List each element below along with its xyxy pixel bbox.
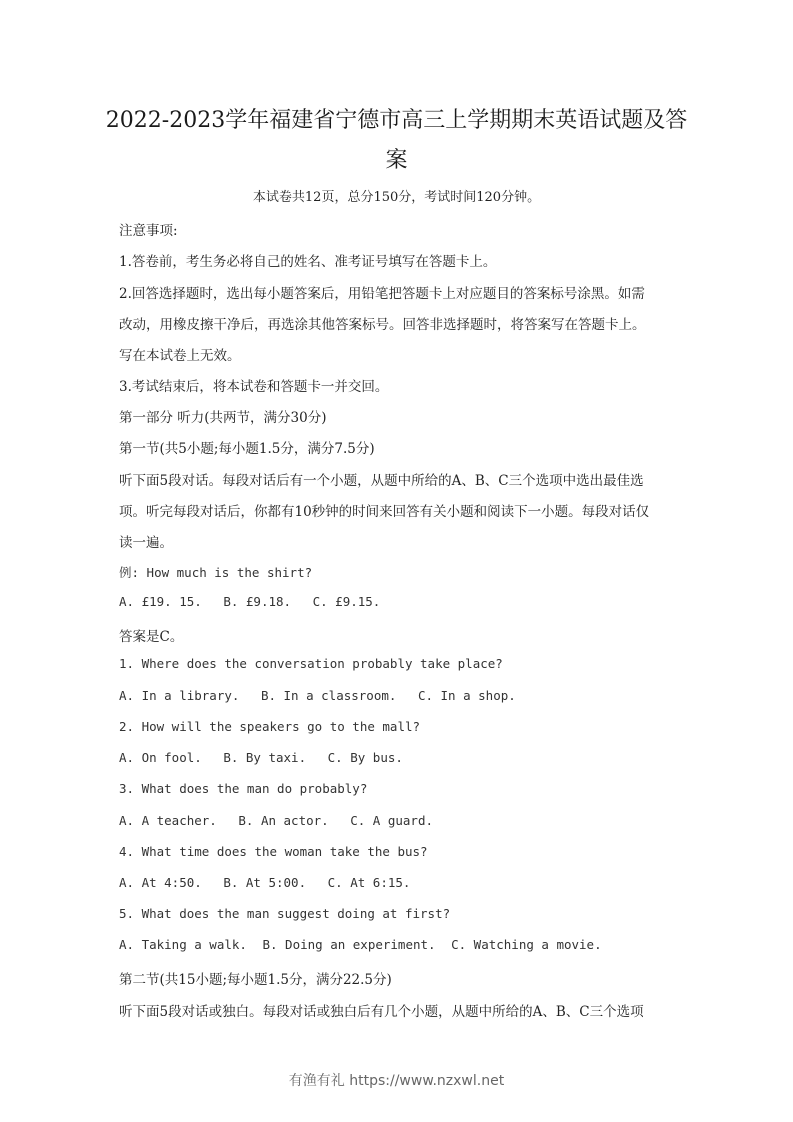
notice-item: 写在本试卷上无效。 — [119, 344, 241, 364]
option-b: B. By taxi. — [223, 750, 306, 765]
option-c: C. Watching a movie. — [451, 937, 602, 952]
example-question: 例: How much is the shirt? — [119, 563, 312, 581]
question-1-options: A. In a library. B. In a classroom. C. I… — [119, 688, 530, 703]
example-options: A. £19. 15. B. £9.18. C. £9.15. — [119, 594, 394, 609]
document-page: 2022-2023学年福建省宁德市高三上学期期末英语试题及答 案 本试卷共12页… — [0, 0, 793, 1122]
option-a: A. On fool. — [119, 750, 202, 765]
watermark-footer: 有渔有礼 https://www.nzxwl.net — [0, 1070, 793, 1090]
question-3: 3. What does the man do probably? — [119, 781, 367, 796]
option-c: C. £9.15. — [313, 594, 381, 609]
section2-instructions: 听下面5段对话或独白。每段对话或独白后有几个小题，从题中所给的A、B、C三个选项 — [119, 1000, 644, 1020]
option-a: A. £19. 15. — [119, 594, 202, 609]
question-4-options: A. At 4:50. B. At 5:00. C. At 6:15. — [119, 875, 424, 890]
section1-instructions: 听下面5段对话。每段对话后有一个小题，从题中所给的A、B、C三个选项中选出最佳选 — [119, 469, 644, 489]
question-4: 4. What time does the woman take the bus… — [119, 844, 428, 859]
option-b: B. Doing an experiment. — [262, 937, 435, 952]
section1-heading: 第一节(共5小题;每小题1.5分，满分7.5分) — [119, 437, 375, 457]
option-b: B. An actor. — [238, 813, 328, 828]
option-a: A. In a library. — [119, 688, 239, 703]
option-a: A. Taking a walk. — [119, 937, 247, 952]
question-1: 1. Where does the conversation probably … — [119, 656, 503, 671]
exam-info: 本试卷共12页，总分150分，考试时间120分钟。 — [0, 186, 793, 205]
option-b: B. £9.18. — [223, 594, 291, 609]
option-c: C. A guard. — [350, 813, 433, 828]
question-2-options: A. On fool. B. By taxi. C. By bus. — [119, 750, 417, 765]
question-2: 2. How will the speakers go to the mall? — [119, 719, 420, 734]
notice-item: 改动，用橡皮擦干净后，再选涂其他答案标号。回答非选择题时，将答案写在答题卡上。 — [119, 313, 646, 333]
notice-item: 1.答卷前，考生务必将自己的姓名、准考证号填写在答题卡上。 — [119, 250, 496, 270]
section1-instructions: 读一遍。 — [119, 531, 173, 551]
option-b: B. At 5:00. — [223, 875, 306, 890]
section1-instructions: 项。听完每段对话后，你都有10秒钟的时间来回答有关小题和阅读下一小题。每段对话仅 — [119, 500, 649, 520]
option-a: A. A teacher. — [119, 813, 217, 828]
example-answer: 答案是C。 — [119, 625, 183, 645]
question-3-options: A. A teacher. B. An actor. C. A guard. — [119, 813, 447, 828]
document-title-line-1: 2022-2023学年福建省宁德市高三上学期期末英语试题及答 — [0, 103, 793, 134]
part1-heading: 第一部分 听力(共两节，满分30分) — [119, 406, 327, 426]
section2-heading: 第二节(共15小题;每小题1.5分，满分22.5分) — [119, 968, 392, 988]
notice-item: 2.回答选择题时，选出每小题答案后，用铅笔把答题卡上对应题目的答案标号涂黑。如需 — [119, 282, 645, 302]
option-c: C. At 6:15. — [328, 875, 411, 890]
option-a: A. At 4:50. — [119, 875, 202, 890]
notice-heading: 注意事项: — [119, 219, 178, 239]
document-title-line-2: 案 — [0, 143, 793, 174]
notice-item: 3.考试结束后，将本试卷和答题卡一并交回。 — [119, 375, 388, 395]
question-5-options: A. Taking a walk. B. Doing an experiment… — [119, 937, 616, 952]
option-b: B. In a classroom. — [261, 688, 396, 703]
option-c: C. In a shop. — [418, 688, 516, 703]
question-5: 5. What does the man suggest doing at fi… — [119, 906, 450, 921]
option-c: C. By bus. — [328, 750, 403, 765]
